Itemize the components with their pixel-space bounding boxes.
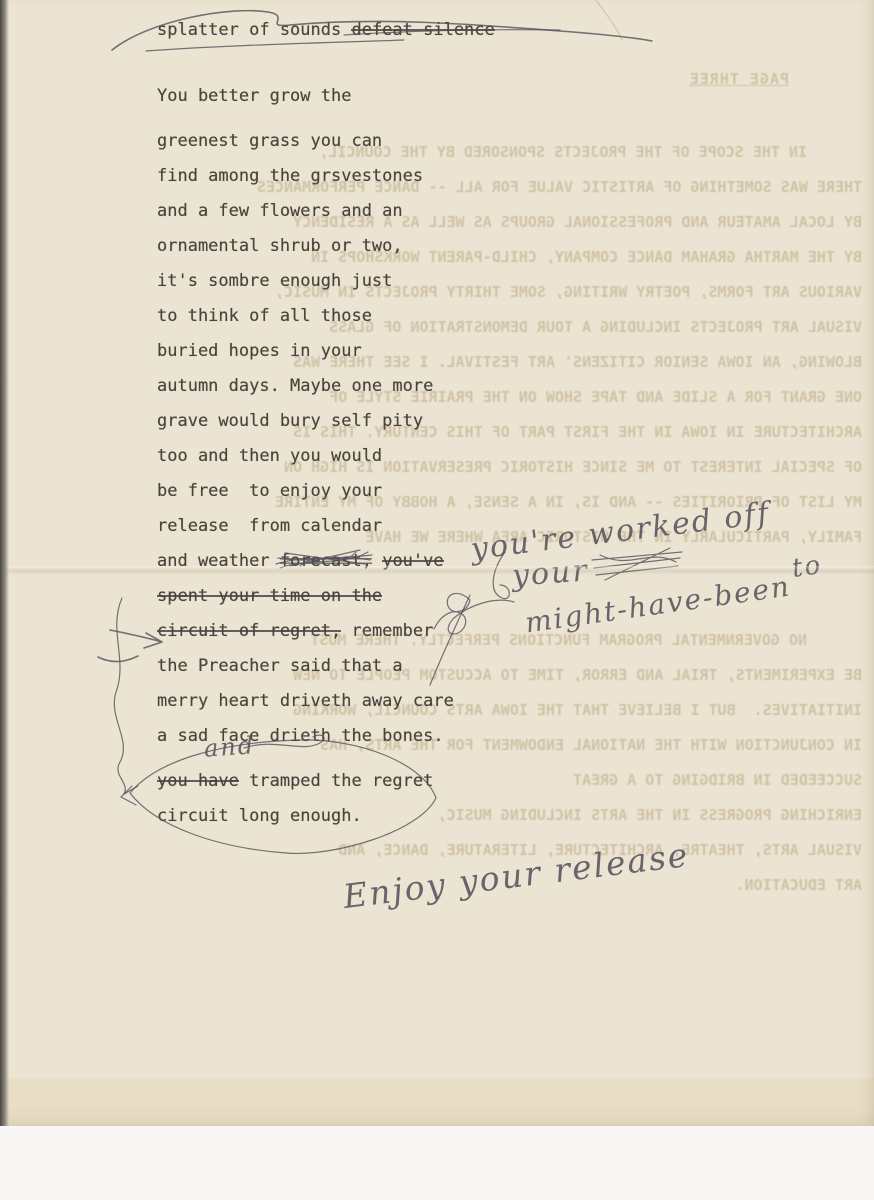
struck-text: spent your time on the bbox=[157, 586, 382, 606]
scanner-background bbox=[0, 1126, 874, 1200]
poem-line: too and then you would bbox=[157, 446, 382, 466]
title-segment: splatter of sounds bbox=[157, 20, 351, 40]
bleedthrough-line: IN THE SCOPE OF THE PROJECTS SPONSORED B… bbox=[319, 143, 807, 161]
scan-edge-shadow bbox=[0, 0, 9, 1126]
bleedthrough-line: BLOWING, AN IOWA SENIOR CITIZENS' ART FE… bbox=[293, 353, 862, 371]
poem-line: buried hopes in your bbox=[157, 341, 362, 361]
poem-line: merry heart driveth away care bbox=[157, 691, 454, 711]
poem-line: it's sombre enough just bbox=[157, 271, 392, 291]
poem-line: autumn days. Maybe one more bbox=[157, 376, 433, 396]
fold-crease bbox=[0, 566, 874, 575]
poem-line: greenest grass you can bbox=[157, 131, 382, 151]
poem-line: grave would bury self pity bbox=[157, 411, 423, 431]
typed-text: tramped the regret bbox=[239, 771, 433, 791]
bleedthrough-line: VISUAL ART PROJECTS INCLUDING A TOUR DEM… bbox=[329, 318, 862, 336]
poem-title: splatter of sounds defeat silence bbox=[157, 20, 495, 40]
bleedthrough-line: ART EDUCATION. bbox=[736, 876, 862, 894]
typed-text: remember bbox=[341, 621, 433, 641]
bleedthrough-line: SUCCEEDED IN BRIDGING TO A GREAT bbox=[573, 771, 862, 789]
poem-line: release from calendar bbox=[157, 516, 382, 536]
struck-text: you have bbox=[157, 771, 239, 791]
title-segment: defeat silence bbox=[351, 20, 494, 40]
bleedthrough-page-label: PAGE THREE bbox=[689, 70, 789, 88]
paper-sheet: PAGE THREE IN THE SCOPE OF THE PROJECTS … bbox=[0, 0, 874, 1126]
poem-line: circuit of regret, remember bbox=[157, 621, 433, 641]
poem-line: you have tramped the regret bbox=[157, 771, 433, 791]
poem-line: You better grow the bbox=[157, 86, 351, 106]
poem-line: a sad face drieth the bones. bbox=[157, 726, 444, 746]
poem-line: the Preacher said that a bbox=[157, 656, 403, 676]
poem-line: circuit long enough. bbox=[157, 806, 362, 826]
handwritten-note-and-insert: and bbox=[203, 731, 256, 762]
poem-line: be free to enjoy your bbox=[157, 481, 382, 501]
poem-line: ornamental shrub or two, bbox=[157, 236, 403, 256]
struck-text: circuit of regret, bbox=[157, 621, 341, 641]
poem-line: spent your time on the bbox=[157, 586, 382, 606]
paper-bottom-shade bbox=[0, 1078, 874, 1126]
bleedthrough-line: ENRICHING PROGRESS IN THE ARTS INCLUDING… bbox=[438, 806, 862, 824]
poem-line: to think of all those bbox=[157, 306, 372, 326]
poem-line: and a few flowers and an bbox=[157, 201, 403, 221]
poem-line: find among the grsvestones bbox=[157, 166, 423, 186]
